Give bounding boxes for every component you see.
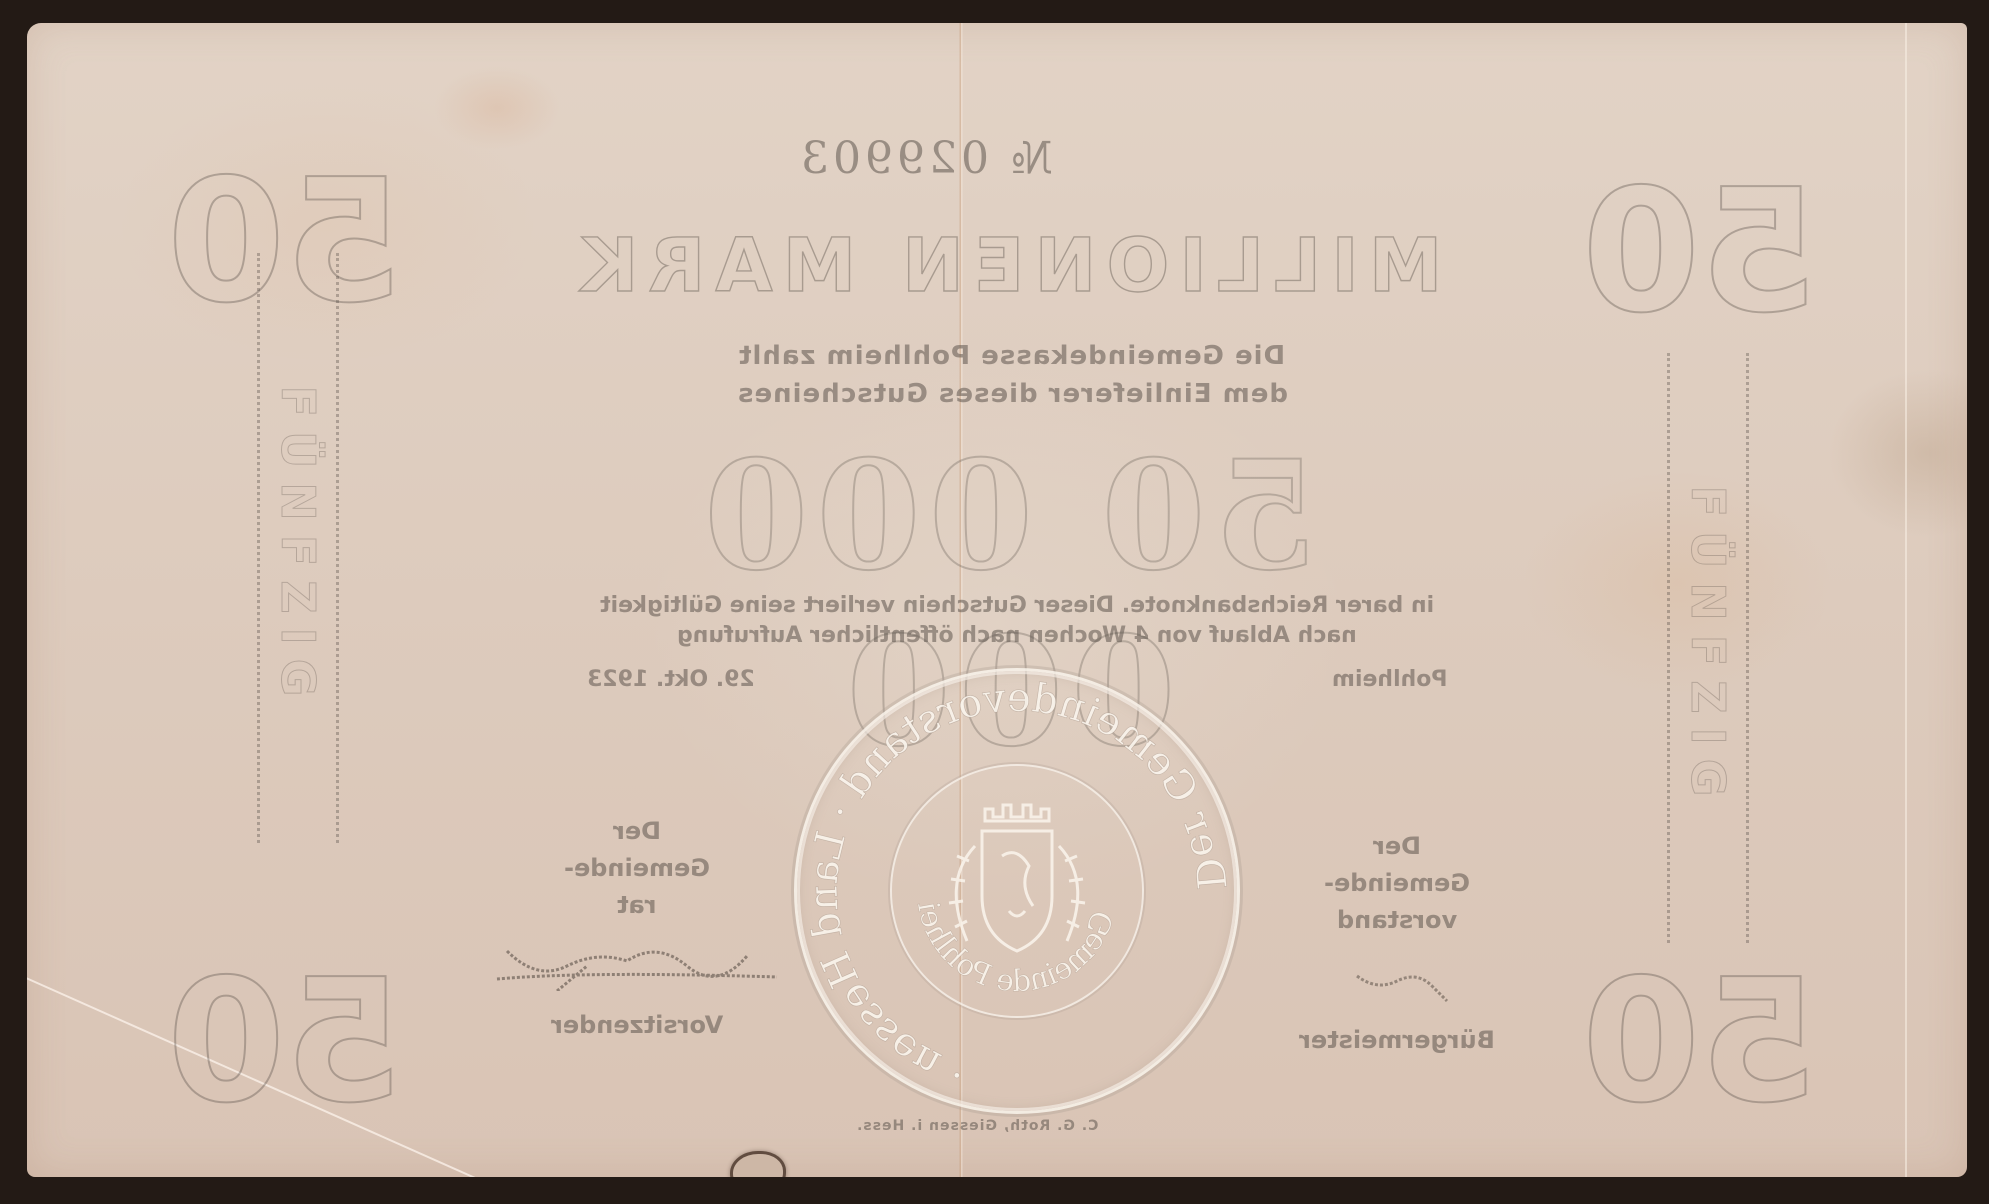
- signature-scrawl-left: [487, 931, 787, 991]
- denomination-top-right: 50: [1582, 153, 1819, 351]
- signature-scrawl-right: [1247, 946, 1547, 1006]
- signature-block-mayor: Der Gemeinde- vorstand Bürgermeister: [1247, 828, 1547, 1059]
- side-panel-left: FÜNFZIG: [257, 253, 339, 843]
- banknote-reverse: 50 50 50 50 FÜNFZIG FÜNFZIG № 029903 MIL…: [27, 23, 1967, 1177]
- sig-right-line2: Gemeinde-: [1324, 865, 1470, 902]
- sig-right-line1: Der: [1373, 828, 1421, 865]
- side-panel-right-text: FÜNFZIG: [1670, 353, 1746, 943]
- title-millionen-mark: MILLIONEN MARK: [467, 223, 1547, 309]
- sig-left-line3: rat: [617, 887, 657, 924]
- printer-imprint: C. G. Roth, Giessen i. Hess.: [847, 1118, 1107, 1134]
- sig-left-line1: Der: [613, 813, 661, 850]
- sig-right-line3: vorstand: [1337, 902, 1457, 939]
- signature-block-council: Der Gemeinde- rat Vorsitzender: [487, 813, 787, 1044]
- place: Pohlheim: [1332, 667, 1448, 692]
- sig-left-title: Vorsitzender: [551, 1007, 723, 1044]
- sig-left-line2: Gemeinde-: [564, 850, 710, 887]
- embossed-seal: Der Gemeindevorstand · Land Hessen · Gem…: [797, 671, 1237, 1111]
- date: 29. Okt. 1923: [587, 667, 755, 692]
- denomination-bottom-left: 50: [167, 943, 404, 1141]
- side-panel-right: FÜNFZIG: [1667, 353, 1749, 943]
- text-line-1: Die Gemeindekasse Pohlheim zahlt: [587, 341, 1437, 371]
- sig-right-title: Bürgermeister: [1299, 1022, 1495, 1059]
- side-panel-left-text: FÜNFZIG: [260, 253, 336, 843]
- pinhole-damage: [730, 1151, 786, 1177]
- seal-inner-ring: [892, 766, 1142, 1016]
- denomination-bottom-right: 50: [1582, 943, 1819, 1141]
- body-text-2: nach Ablauf von 4 Wochen nach öffentlich…: [587, 623, 1447, 648]
- text-line-2: dem Einlieferer dieses Gutscheines: [587, 379, 1437, 409]
- body-text-1: in barer Reichsbanknote. Dieser Gutschei…: [587, 593, 1447, 618]
- serial-number: № 029903: [795, 133, 1055, 184]
- right-margin-crease: [1905, 23, 1907, 1177]
